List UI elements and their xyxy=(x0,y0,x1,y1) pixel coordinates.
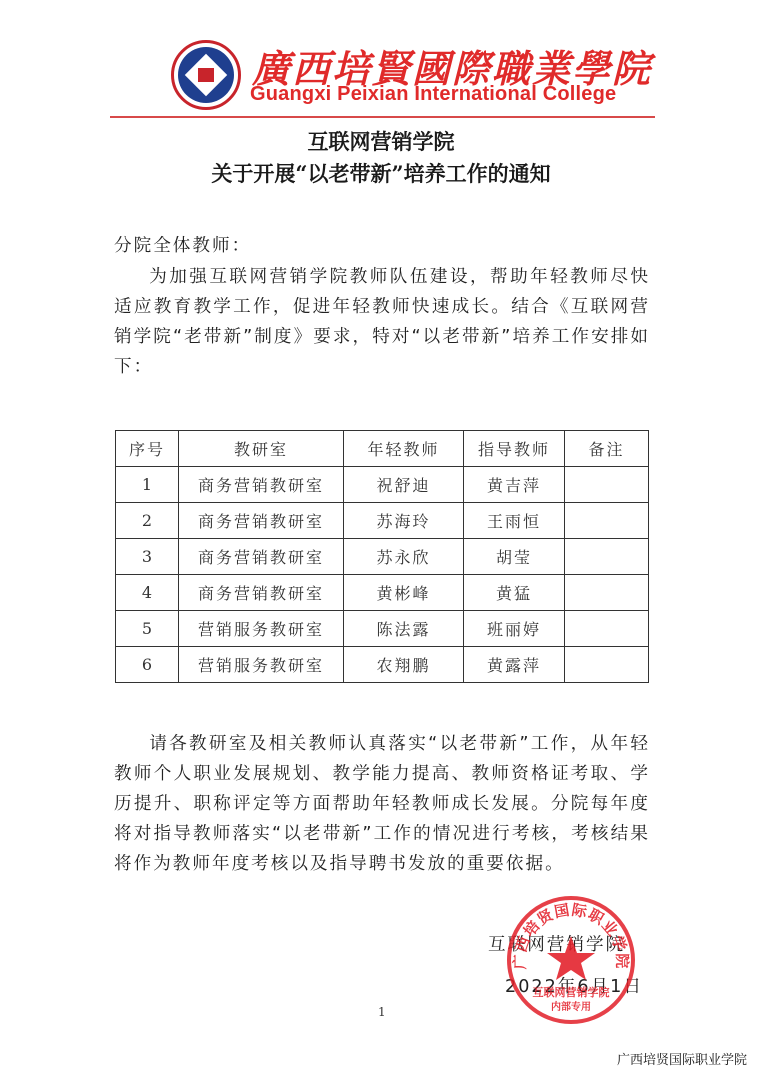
cell-remarks xyxy=(565,539,649,575)
cell-department: 商务营销教研室 xyxy=(179,503,344,539)
cell-mentor: 胡莹 xyxy=(464,539,565,575)
col-header-young-teacher: 年轻教师 xyxy=(344,431,464,467)
salutation: 分院全体教师： xyxy=(114,231,650,261)
cell-young-teacher: 苏永欣 xyxy=(344,539,464,575)
letterhead-divider xyxy=(110,116,655,118)
table-row: 1 商务营销教研室 祝舒迪 黄吉萍 xyxy=(116,467,649,503)
page-number: 1 xyxy=(378,1005,386,1019)
cell-department: 商务营销教研室 xyxy=(179,539,344,575)
college-seal-icon xyxy=(171,40,241,110)
table-row: 3 商务营销教研室 苏永欣 胡莹 xyxy=(116,539,649,575)
cell-mentor: 王雨恒 xyxy=(464,503,565,539)
cell-mentor: 班丽婷 xyxy=(464,611,565,647)
intro-paragraph: 为加强互联网营销学院教师队伍建设，帮助年轻教师尽快适应教育教学工作，促进年轻教师… xyxy=(114,262,650,382)
book-icon xyxy=(196,66,216,84)
table-row: 6 营销服务教研室 农翔鹏 黄露萍 xyxy=(116,647,649,683)
seal-center-line2: 内部专用 xyxy=(551,1000,591,1013)
table-header-row: 序号 教研室 年轻教师 指导教师 备注 xyxy=(116,431,649,467)
cell-young-teacher: 陈法露 xyxy=(344,611,464,647)
signature-department: 互联网营销学院 xyxy=(488,931,625,956)
cell-department: 营销服务教研室 xyxy=(179,647,344,683)
table-row: 5 营销服务教研室 陈法露 班丽婷 xyxy=(116,611,649,647)
official-seal-icon: 广西培贤国际职业学院 互联网营销学院 内部专用 xyxy=(507,896,635,1024)
signature-date: 2022年6月1日 xyxy=(505,973,643,998)
cell-index: 5 xyxy=(116,611,179,647)
closing-paragraph: 请各教研室及相关教师认真落实“以老带新”工作，从年轻教师个人职业发展规划、教学能… xyxy=(114,729,650,879)
cell-young-teacher: 黄彬峰 xyxy=(344,575,464,611)
cell-remarks xyxy=(565,611,649,647)
cell-index: 3 xyxy=(116,539,179,575)
cell-department: 商务营销教研室 xyxy=(179,575,344,611)
col-header-mentor: 指导教师 xyxy=(464,431,565,467)
cell-department: 商务营销教研室 xyxy=(179,467,344,503)
cell-index: 6 xyxy=(116,647,179,683)
cell-department: 营销服务教研室 xyxy=(179,611,344,647)
cell-index: 4 xyxy=(116,575,179,611)
cell-index: 1 xyxy=(116,467,179,503)
table-row: 4 商务营销教研室 黄彬峰 黄猛 xyxy=(116,575,649,611)
notice-title-department: 互联网营销学院 xyxy=(0,126,762,156)
col-header-remarks: 备注 xyxy=(565,431,649,467)
notice-title: 关于开展“以老带新”培养工作的通知 xyxy=(0,158,762,188)
mentorship-table: 序号 教研室 年轻教师 指导教师 备注 1 商务营销教研室 祝舒迪 黄吉萍 2 … xyxy=(115,430,649,683)
cell-young-teacher: 祝舒迪 xyxy=(344,467,464,503)
cell-young-teacher: 农翔鹏 xyxy=(344,647,464,683)
col-header-department: 教研室 xyxy=(179,431,344,467)
cell-remarks xyxy=(565,503,649,539)
cell-remarks xyxy=(565,467,649,503)
cell-remarks xyxy=(565,575,649,611)
table-row: 2 商务营销教研室 苏海玲 王雨恒 xyxy=(116,503,649,539)
cell-index: 2 xyxy=(116,503,179,539)
cell-remarks xyxy=(565,647,649,683)
cell-mentor: 黄吉萍 xyxy=(464,467,565,503)
cell-young-teacher: 苏海玲 xyxy=(344,503,464,539)
cell-mentor: 黄露萍 xyxy=(464,647,565,683)
col-header-index: 序号 xyxy=(116,431,179,467)
cell-mentor: 黄猛 xyxy=(464,575,565,611)
footer-watermark: 广西培贤国际职业学院 xyxy=(617,1049,747,1068)
seal-graphic: 广西培贤国际职业学院 互联网营销学院 内部专用 xyxy=(507,896,635,1024)
college-name-en: Guangxi Peixian International College xyxy=(250,83,616,106)
